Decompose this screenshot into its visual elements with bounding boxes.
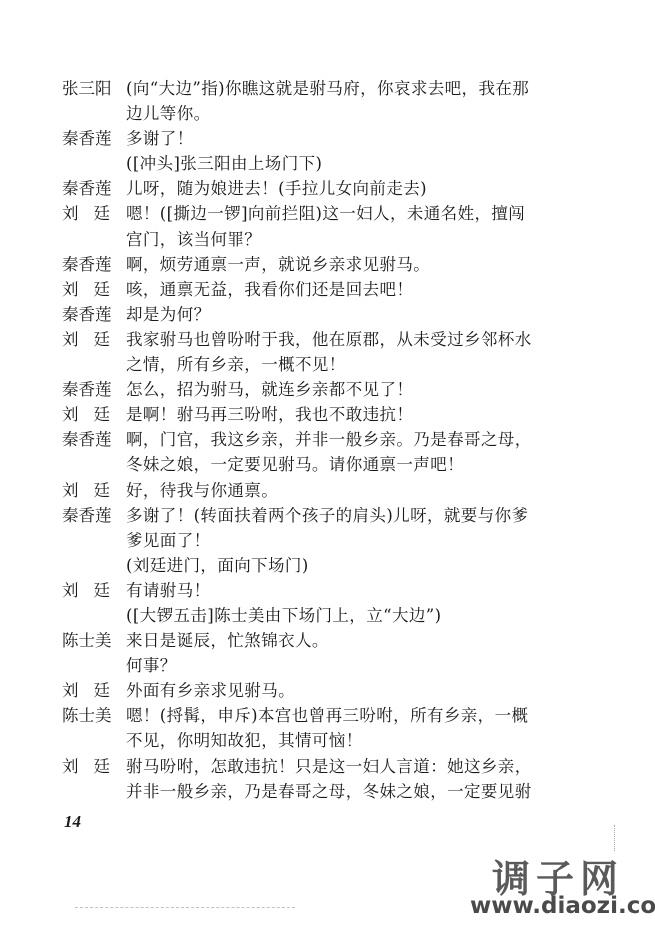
script-line: ([冲头]张三阳由上场门下) — [62, 151, 622, 176]
speaker-name: 秦香莲 — [62, 302, 124, 327]
script-line: ([大锣五击]陈士美由下场门上，立“大边”) — [62, 603, 622, 628]
dialogue-text: ([冲头]张三阳由上场门下) — [126, 151, 322, 176]
dialogue-text: 嗯！([撕边一锣]向前拦阻)这一妇人，未通名姓，擅闯 — [126, 201, 525, 226]
dialogue-text: 何事？ — [126, 653, 177, 678]
speaker-name: 刘廷 — [62, 678, 124, 703]
script-line: 并非一般乡亲，乃是春哥之母，冬妹之娘，一定要见驸 — [62, 779, 622, 804]
speaker-name: 刘廷 — [62, 201, 124, 226]
dialogue-text: 嗯！(捋髯，申斥)本宫也曾再三吩咐，所有乡亲，一概 — [126, 703, 528, 728]
script-line: 边儿等你。 — [62, 101, 622, 126]
script-line: 何事？ — [62, 653, 622, 678]
dialogue-text: 是啊！驸马再三吩咐，我也不敢违抗！ — [126, 402, 413, 427]
speaker-name: 秦香莲 — [62, 503, 124, 528]
speaker-name: 秦香莲 — [62, 176, 124, 201]
dialogue-text: 我家驸马也曾吩咐于我，他在原郡，从未受过乡邻杯水 — [126, 327, 532, 352]
dialogue-text: 好，待我与你通禀。 — [126, 478, 278, 503]
dialogue-text: 爹见面了！ — [126, 528, 211, 553]
dialogue-text: 怎么，招为驸马，就连乡亲都不见了！ — [126, 377, 413, 402]
script-line: 秦香莲儿呀，随为娘进去！(手拉儿女向前走去) — [62, 176, 622, 201]
script-line: 刘廷我家驸马也曾吩咐于我，他在原郡，从未受过乡邻杯水 — [62, 327, 622, 352]
script-line: 张三阳(向“大边”指)你瞧这就是驸马府，你哀求去吧，我在那 — [62, 76, 622, 101]
speaker-name: 秦香莲 — [62, 377, 124, 402]
script-line: 秦香莲多谢了！(转面扶着两个孩子的肩头)儿呀，就要与你爹 — [62, 503, 622, 528]
script-line: 刘廷外面有乡亲求见驸马。 — [62, 678, 622, 703]
script-line: 秦香莲啊，门官，我这乡亲，并非一般乡亲。乃是春哥之母， — [62, 427, 622, 452]
dialogue-text: 冬妹之娘，一定要见驸马。请你通禀一声吧！ — [126, 452, 464, 477]
script-line: 刘廷驸马吩咐，怎敢违抗！只是这一妇人言道：她这乡亲， — [62, 754, 622, 779]
script-line: 冬妹之娘，一定要见驸马。请你通禀一声吧！ — [62, 452, 622, 477]
speaker-name: 刘廷 — [62, 277, 124, 302]
script-line: 秦香莲多谢了！ — [62, 126, 622, 151]
dialogue-text: 来日是诞辰，忙煞锦衣人。 — [126, 628, 329, 653]
script-line: 刘廷嗯！([撕边一锣]向前拦阻)这一妇人，未通名姓，擅闯 — [62, 201, 622, 226]
script-line: 爹见面了！ — [62, 528, 622, 553]
script-line: 刘廷是啊！驸马再三吩咐，我也不敢违抗！ — [62, 402, 622, 427]
script-line: 刘廷好，待我与你通禀。 — [62, 478, 622, 503]
dialogue-text: 驸马吩咐，怎敢违抗！只是这一妇人言道：她这乡亲， — [126, 754, 532, 779]
dialogue-text: 并非一般乡亲，乃是春哥之母，冬妹之娘，一定要见驸 — [126, 779, 532, 804]
script-line: 宫门，该当何罪？ — [62, 227, 622, 252]
script-line: 秦香莲却是为何？ — [62, 302, 622, 327]
dialogue-text: 啊，烦劳通禀一声，就说乡亲求见驸马。 — [126, 252, 430, 277]
page-number: 14 — [64, 812, 81, 832]
dialogue-text: (向“大边”指)你瞧这就是驸马府，你哀求去吧，我在那 — [126, 76, 529, 101]
speaker-name: 刘廷 — [62, 327, 124, 352]
dialogue-text: 外面有乡亲求见驸马。 — [126, 678, 295, 703]
script-line: 不见，你明知故犯，其情可恼！ — [62, 728, 622, 753]
speaker-name: 刘廷 — [62, 402, 124, 427]
dialogue-text: 多谢了！ — [126, 126, 194, 151]
script-line: 陈士美来日是诞辰，忙煞锦衣人。 — [62, 628, 622, 653]
script-line: 刘廷有请驸马！ — [62, 578, 622, 603]
dialogue-text: 多谢了！(转面扶着两个孩子的肩头)儿呀，就要与你爹 — [126, 503, 528, 528]
script-line: 秦香莲怎么，招为驸马，就连乡亲都不见了！ — [62, 377, 622, 402]
scanned-page: 张三阳(向“大边”指)你瞧这就是驸马府，你哀求去吧，我在那边儿等你。秦香莲多谢了… — [0, 0, 655, 928]
dialogue-text: 儿呀，随为娘进去！(手拉儿女向前走去) — [126, 176, 427, 201]
speaker-name: 刘廷 — [62, 578, 124, 603]
script-line: (刘廷进门，面向下场门) — [62, 553, 622, 578]
dialogue-text: ([大锣五击]陈士美由下场门上，立“大边”) — [126, 603, 441, 628]
dialogue-text: 宫门，该当何罪？ — [126, 227, 261, 252]
script-line: 秦香莲啊，烦劳通禀一声，就说乡亲求见驸马。 — [62, 252, 622, 277]
dialogue-text: 咳，通禀无益，我看你们还是回去吧！ — [126, 277, 413, 302]
script-line: 之情，所有乡亲，一概不见！ — [62, 352, 622, 377]
speaker-name: 张三阳 — [62, 76, 124, 101]
speaker-name: 秦香莲 — [62, 427, 124, 452]
speaker-name: 陈士美 — [62, 628, 124, 653]
script-line: 刘廷咳，通禀无益，我看你们还是回去吧！ — [62, 277, 622, 302]
dialogue-text: 不见，你明知故犯，其情可恼！ — [126, 728, 363, 753]
dialogue-text: 边儿等你。 — [126, 101, 211, 126]
dialogue-text: 却是为何？ — [126, 302, 211, 327]
script-body: 张三阳(向“大边”指)你瞧这就是驸马府，你哀求去吧，我在那边儿等你。秦香莲多谢了… — [62, 76, 622, 804]
speaker-name: 秦香莲 — [62, 252, 124, 277]
speaker-name: 刘廷 — [62, 754, 124, 779]
dialogue-text: 有请驸马！ — [126, 578, 211, 603]
dialogue-text: 之情，所有乡亲，一概不见！ — [126, 352, 346, 377]
script-line: 陈士美嗯！(捋髯，申斥)本宫也曾再三吩咐，所有乡亲，一概 — [62, 703, 622, 728]
scan-artifact-bottom — [75, 907, 295, 910]
speaker-name: 刘廷 — [62, 478, 124, 503]
speaker-name: 陈士美 — [62, 703, 124, 728]
watermark-url: www.diaozi.com — [470, 893, 655, 919]
dialogue-text: (刘廷进门，面向下场门) — [126, 553, 309, 578]
speaker-name: 秦香莲 — [62, 126, 124, 151]
dialogue-text: 啊，门官，我这乡亲，并非一般乡亲。乃是春哥之母， — [126, 427, 532, 452]
